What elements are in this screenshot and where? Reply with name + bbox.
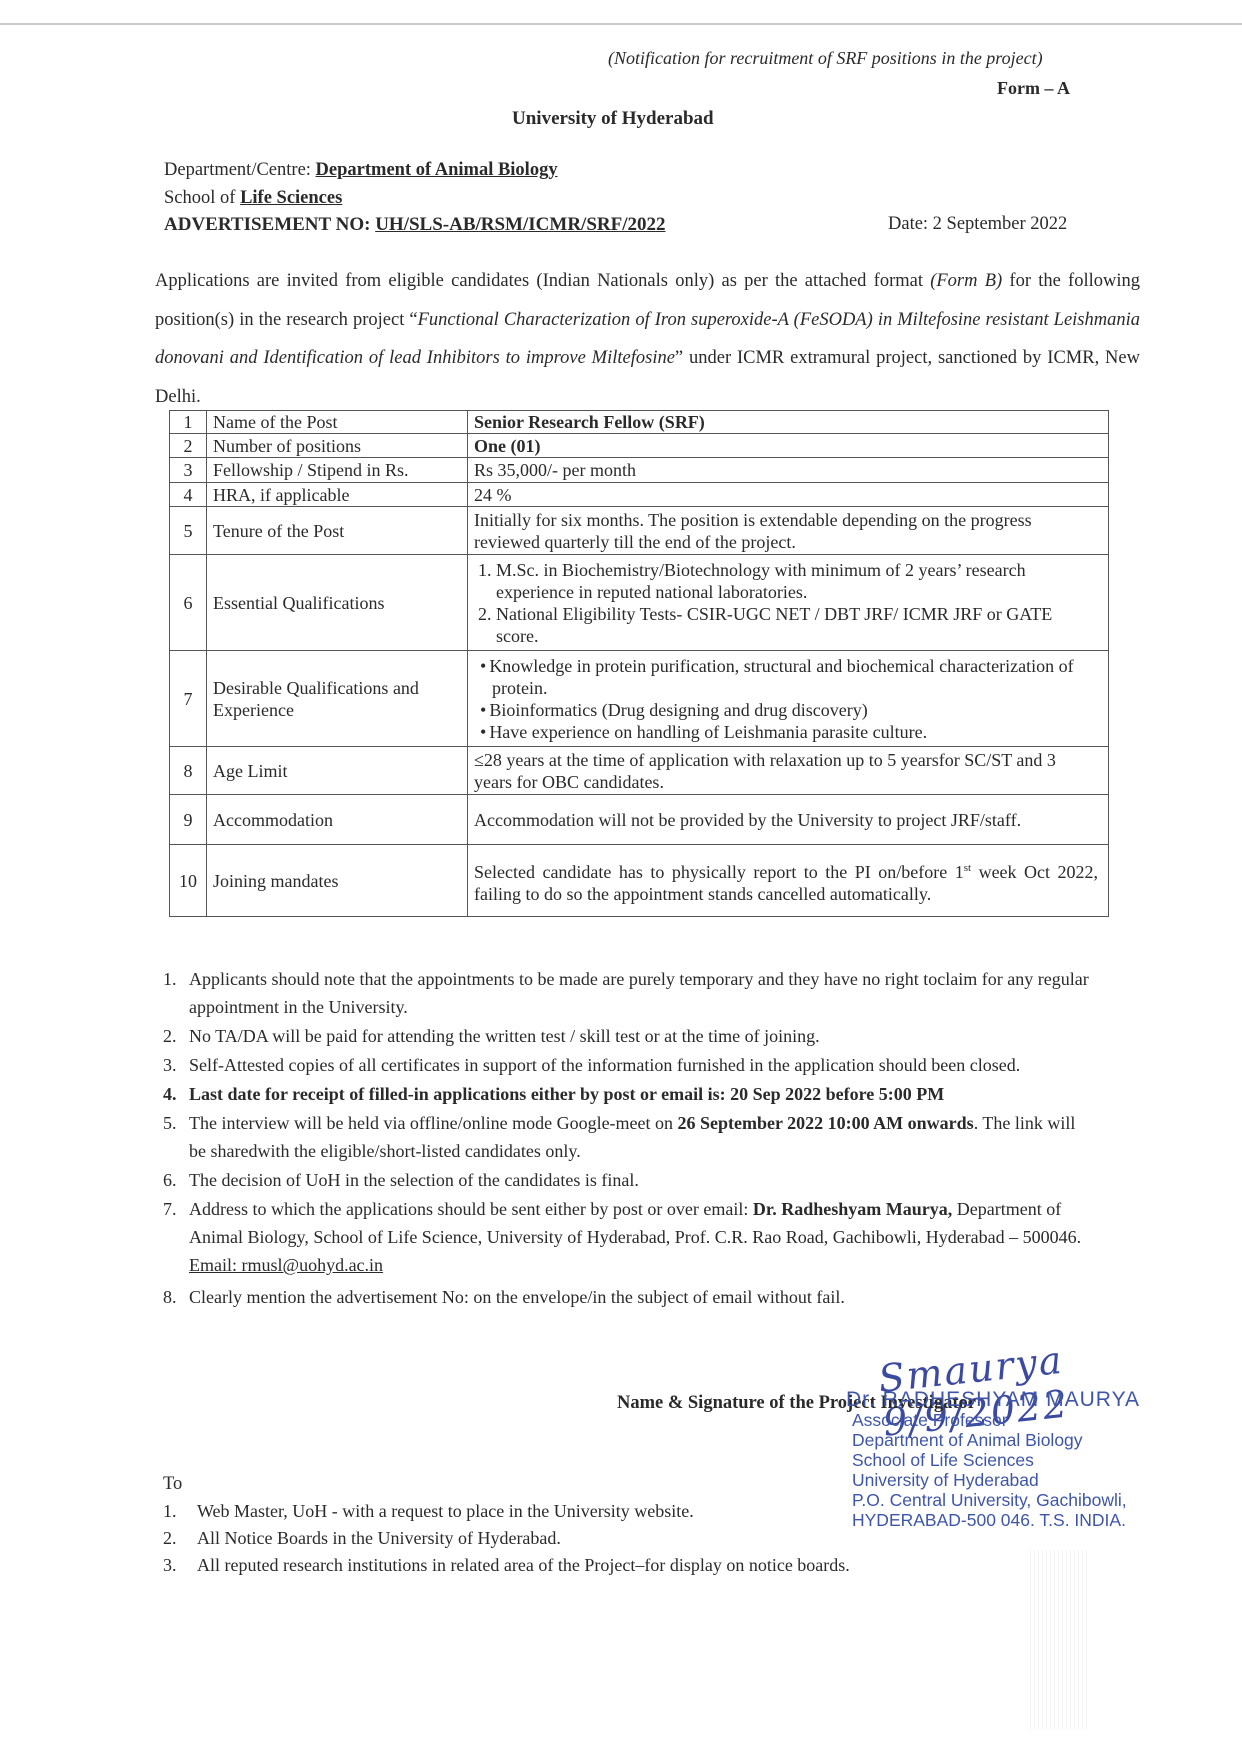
note-item: 3.Self-Attested copies of all certificat… xyxy=(163,1051,1093,1079)
form-label: Form – A xyxy=(997,78,1070,99)
hra-value: 24 % xyxy=(468,483,1109,507)
pi-name: Dr. Radheshyam Maurya, xyxy=(753,1199,952,1219)
table-row: 1 Name of the Post Senior Research Fello… xyxy=(170,411,1109,434)
row-number: 5 xyxy=(170,507,207,555)
positions-count: One (01) xyxy=(468,434,1109,458)
note-item-interview: 5.The interview will be held via offline… xyxy=(163,1109,1093,1165)
tenure-value: Initially for six months. The position i… xyxy=(468,507,1109,555)
row-label: Essential Qualifications xyxy=(207,555,468,651)
table-row: 5 Tenure of the Post Initially for six m… xyxy=(170,507,1109,555)
note-number: 4. xyxy=(163,1080,189,1108)
desirable-item: Have experience on handling of Leishmani… xyxy=(492,721,1098,743)
interview-date: 26 September 2022 10:00 AM onwards xyxy=(678,1113,974,1133)
form-reference: (Form B) xyxy=(930,271,1002,291)
table-row: 7 Desirable Qualifications and Experienc… xyxy=(170,651,1109,747)
pi-stamp: Dr. RADHESHYAM MAURYA Associate Professo… xyxy=(852,1390,1140,1530)
post-name: Senior Research Fellow (SRF) xyxy=(468,411,1109,434)
notification-caption: (Notification for recruitment of SRF pos… xyxy=(608,48,1043,69)
item-number: 1. xyxy=(163,1498,197,1525)
row-number: 10 xyxy=(170,845,207,917)
accommodation-value: Accommodation will not be provided by th… xyxy=(468,795,1109,845)
stamp-line: School of Life Sciences xyxy=(852,1450,1140,1470)
note-text: Address to which the applications should… xyxy=(189,1195,1093,1279)
note-text: The decision of UoH in the selection of … xyxy=(189,1166,1093,1194)
table-row: 10 Joining mandates Selected candidate h… xyxy=(170,845,1109,917)
row-label: Name of the Post xyxy=(207,411,468,434)
school-line: School of Life Sciences xyxy=(164,188,342,209)
row-label: Number of positions xyxy=(207,434,468,458)
note-text: The interview will be held via offline/o… xyxy=(189,1109,1093,1165)
item-text: Web Master, UoH - with a request to plac… xyxy=(197,1498,694,1525)
distribution-item: 3.All reputed research institutions in r… xyxy=(163,1552,850,1579)
note-number: 5. xyxy=(163,1109,189,1165)
note-text: Self-Attested copies of all certificates… xyxy=(189,1051,1093,1079)
note-number: 1. xyxy=(163,965,189,1021)
stipend-value: Rs 35,000/- per month xyxy=(468,458,1109,483)
stamp-line: HYDERABAD-500 046. T.S. INDIA. xyxy=(852,1510,1140,1530)
advertisement-number: UH/SLS-AB/RSM/ICMR/SRF/2022 xyxy=(375,214,665,235)
note-item: 6.The decision of UoH in the selection o… xyxy=(163,1166,1093,1194)
distribution-list: 1.Web Master, UoH - with a request to pl… xyxy=(163,1498,850,1579)
desirable-item: Bioinformatics (Drug designing and drug … xyxy=(492,699,1098,721)
note-number: 6. xyxy=(163,1166,189,1194)
table-row: 4 HRA, if applicable 24 % xyxy=(170,483,1109,507)
school-name: Life Sciences xyxy=(240,188,342,208)
department-line: Department/Centre: Department of Animal … xyxy=(164,160,558,181)
scan-bleed-artifact xyxy=(1030,1550,1090,1730)
table-row: 8 Age Limit ≤28 years at the time of app… xyxy=(170,747,1109,795)
department-label: Department/Centre: xyxy=(164,160,316,180)
qualification-item: M.Sc. in Biochemistry/Biotechnology with… xyxy=(496,559,1098,603)
intro-text: Applications are invited from eligible c… xyxy=(155,271,930,291)
advertisement-line: ADVERTISEMENT NO: UH/SLS-AB/RSM/ICMR/SRF… xyxy=(164,214,666,236)
note-item: 2.No TA/DA will be paid for attending th… xyxy=(163,1022,1093,1050)
joining-mandates-value: Selected candidate has to physically rep… xyxy=(468,845,1109,917)
email-link[interactable]: Email: rmusl@uohyd.ac.in xyxy=(189,1255,383,1275)
distribution-item: 1.Web Master, UoH - with a request to pl… xyxy=(163,1498,850,1525)
item-text: All Notice Boards in the University of H… xyxy=(197,1525,561,1552)
row-label: Fellowship / Stipend in Rs. xyxy=(207,458,468,483)
table-row: 6 Essential Qualifications M.Sc. in Bioc… xyxy=(170,555,1109,651)
item-number: 3. xyxy=(163,1552,197,1579)
intro-paragraph: Applications are invited from eligible c… xyxy=(155,262,1140,416)
note-item-deadline: 4.Last date for receipt of filled-in app… xyxy=(163,1080,1093,1108)
note-number: 8. xyxy=(163,1283,189,1311)
distribution-item: 2.All Notice Boards in the University of… xyxy=(163,1525,850,1552)
desirable-qualifications: Knowledge in protein purification, struc… xyxy=(468,651,1109,747)
distribution-to: To xyxy=(163,1474,182,1495)
stamp-line: Dr. RADHESHYAM MAURYA xyxy=(846,1390,1140,1410)
note-text: Last date for receipt of filled-in appli… xyxy=(189,1080,1093,1108)
desirable-item: Knowledge in protein purification, struc… xyxy=(492,655,1098,699)
stamp-line: P.O. Central University, Gachibowli, xyxy=(852,1490,1140,1510)
note-text: Clearly mention the advertisement No: on… xyxy=(189,1283,1093,1311)
note-number: 7. xyxy=(163,1195,189,1279)
row-label: Desirable Qualifications and Experience xyxy=(207,651,468,747)
row-label: Age Limit xyxy=(207,747,468,795)
item-number: 2. xyxy=(163,1525,197,1552)
position-details-table: 1 Name of the Post Senior Research Fello… xyxy=(169,410,1109,917)
table-row: 2 Number of positions One (01) xyxy=(170,434,1109,458)
row-number: 6 xyxy=(170,555,207,651)
note-text-part: Address to which the applications should… xyxy=(189,1199,753,1219)
stamp-line: Department of Animal Biology xyxy=(852,1430,1140,1450)
note-text-part: The interview will be held via offline/o… xyxy=(189,1113,678,1133)
scan-edge-line xyxy=(0,23,1242,25)
stamp-line: Associate Professor xyxy=(852,1410,1140,1430)
essential-qualifications: M.Sc. in Biochemistry/Biotechnology with… xyxy=(468,555,1109,651)
joining-text: Selected candidate has to physically rep… xyxy=(474,862,964,882)
stamp-line: University of Hyderabad xyxy=(852,1470,1140,1490)
advertisement-date: Date: 2 September 2022 xyxy=(888,214,1067,235)
department-name: Department of Animal Biology xyxy=(316,160,558,180)
item-text: All reputed research institutions in rel… xyxy=(197,1552,850,1579)
row-label: Joining mandates xyxy=(207,845,468,917)
note-text: No TA/DA will be paid for attending the … xyxy=(189,1022,1093,1050)
note-number: 3. xyxy=(163,1051,189,1079)
ordinal-suffix: st xyxy=(964,862,971,874)
row-label: Tenure of the Post xyxy=(207,507,468,555)
qualification-item: National Eligibility Tests- CSIR-UGC NET… xyxy=(496,603,1098,647)
school-label: School of xyxy=(164,188,240,208)
university-title: University of Hyderabad xyxy=(512,108,714,130)
note-item: 1.Applicants should note that the appoin… xyxy=(163,965,1093,1021)
row-number: 3 xyxy=(170,458,207,483)
table-row: 3 Fellowship / Stipend in Rs. Rs 35,000/… xyxy=(170,458,1109,483)
row-label: HRA, if applicable xyxy=(207,483,468,507)
note-item: 8.Clearly mention the advertisement No: … xyxy=(163,1283,1093,1311)
row-number: 1 xyxy=(170,411,207,434)
table-row: 9 Accommodation Accommodation will not b… xyxy=(170,795,1109,845)
row-number: 9 xyxy=(170,795,207,845)
row-number: 4 xyxy=(170,483,207,507)
row-number: 8 xyxy=(170,747,207,795)
note-number: 2. xyxy=(163,1022,189,1050)
notes-list: 1.Applicants should note that the appoin… xyxy=(163,965,1093,1312)
row-number: 2 xyxy=(170,434,207,458)
note-item-address: 7.Address to which the applications shou… xyxy=(163,1195,1093,1279)
note-text: Applicants should note that the appointm… xyxy=(189,965,1093,1021)
age-limit-value: ≤28 years at the time of application wit… xyxy=(468,747,1109,795)
row-label: Accommodation xyxy=(207,795,468,845)
row-number: 7 xyxy=(170,651,207,747)
advertisement-label: ADVERTISEMENT NO: xyxy=(164,214,375,235)
